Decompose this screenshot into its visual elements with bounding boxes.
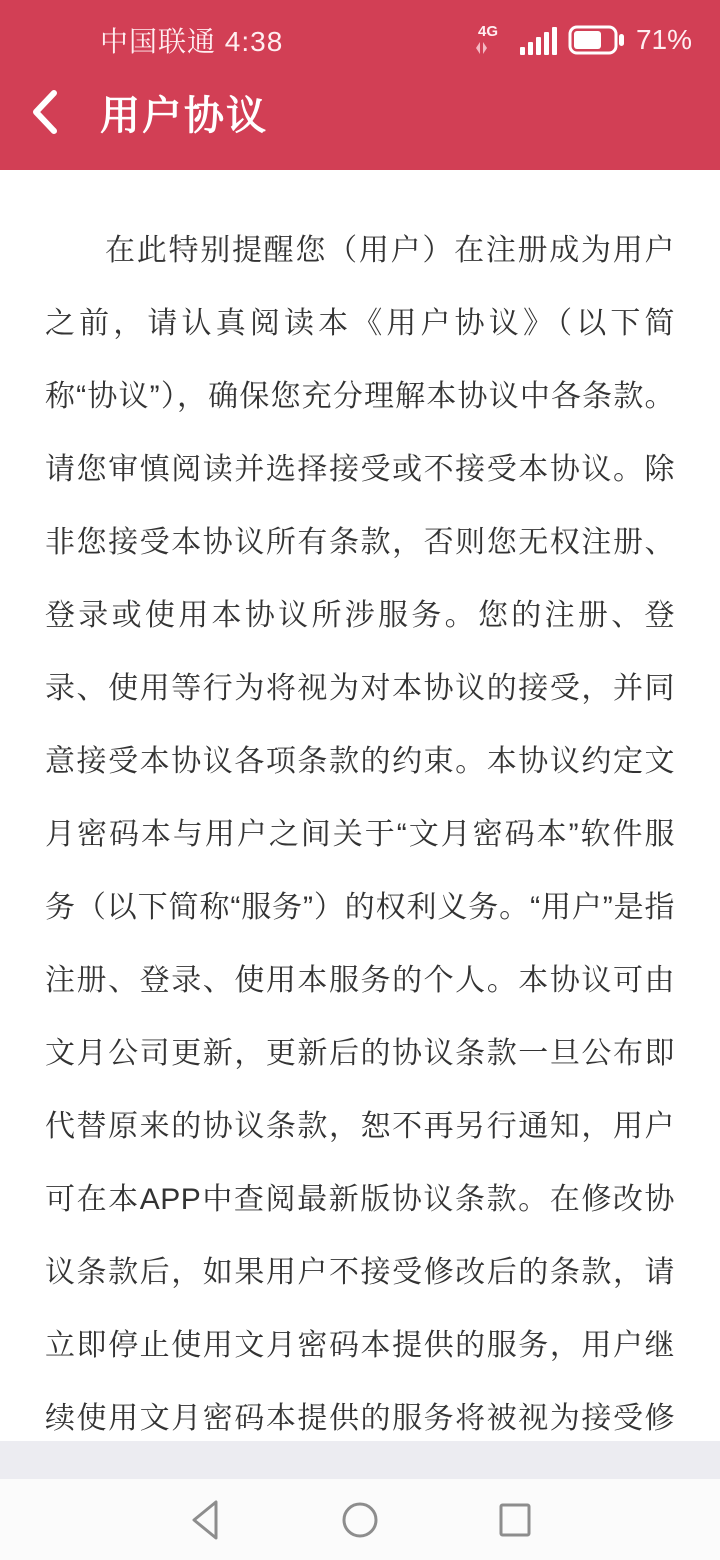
- nav-back-button[interactable]: [183, 1498, 227, 1542]
- data-up-arrow: [476, 42, 480, 54]
- phone-screen: 中国联通 4:38 4G: [0, 0, 720, 1560]
- back-button[interactable]: [30, 86, 78, 138]
- carrier-and-time-label: 中国联通 4:38: [100, 20, 283, 60]
- nav-recents-square-icon: [498, 1502, 532, 1538]
- nav-recents-button[interactable]: [493, 1498, 537, 1542]
- status-bar: 中国联通 4:38 4G: [0, 0, 720, 62]
- nav-home-circle-icon: [341, 1501, 379, 1539]
- page-title: 用户协议: [100, 84, 268, 141]
- network-4g-text: 4G: [478, 23, 498, 40]
- battery-icon: [568, 25, 626, 55]
- app-header: 中国联通 4:38 4G: [0, 0, 720, 170]
- status-icons: 4G 71%: [468, 20, 692, 60]
- chevron-left-icon: [30, 88, 60, 136]
- battery-fill: [574, 31, 601, 49]
- footer-strip: [0, 1441, 720, 1479]
- battery-percent-label: 71%: [636, 24, 692, 56]
- nav-home-button[interactable]: [338, 1498, 382, 1542]
- data-down-arrow: [483, 42, 487, 54]
- agreement-content[interactable]: 在此特别提醒您（用户）在注册成为用户之前，请认真阅读本《用户协议》（以下简称“协…: [0, 170, 720, 1441]
- nav-back-triangle-icon: [190, 1499, 220, 1541]
- system-nav-bar: [0, 1479, 720, 1560]
- signal-strength-icon: [518, 23, 558, 57]
- network-4g-icon: 4G: [468, 20, 508, 60]
- title-bar: 用户协议: [0, 68, 720, 156]
- agreement-paragraph: 在此特别提醒您（用户）在注册成为用户之前，请认真阅读本《用户协议》（以下简称“协…: [45, 214, 675, 1441]
